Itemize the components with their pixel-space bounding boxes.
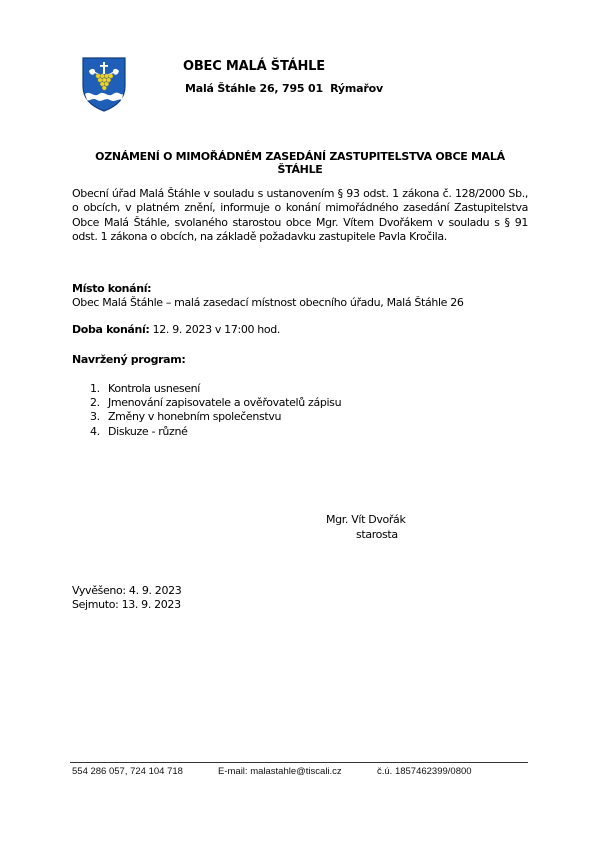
footer-email: E-mail: malastahle@tiscali.cz: [218, 766, 342, 777]
document-title: OZNÁMENÍ O MIMOŘÁDNÉM ZASEDÁNÍ ZASTUPITE…: [72, 150, 528, 176]
list-item-text: Jmenování zapisovatele a ověřovatelů záp…: [108, 396, 341, 410]
posted-date: Vyvěšeno: 4. 9. 2023: [72, 584, 181, 597]
signatory-role: starosta: [356, 528, 398, 541]
list-item-number: 4.: [90, 425, 108, 439]
meeting-place-label: Místo konání:: [72, 282, 528, 296]
list-item-number: 1.: [90, 382, 108, 396]
list-item-text: Diskuze - různé: [108, 425, 188, 439]
removed-date: Sejmuto: 13. 9. 2023: [72, 598, 181, 611]
meeting-time-label: Doba konání:: [72, 323, 149, 336]
document-page: OBEC MALÁ ŠTÁHLE Malá Štáhle 26, 795 01 …: [0, 0, 600, 848]
list-item: 4. Diskuze - různé: [72, 425, 341, 439]
organization-address: Malá Štáhle 26, 795 01 Rýmařov: [185, 82, 383, 95]
program-heading: Navržený program:: [72, 353, 185, 367]
list-item: 3. Změny v honebním společenstvu: [72, 410, 341, 424]
list-item-text: Kontrola usnesení: [108, 382, 200, 396]
footer-phone: 554 286 057, 724 104 718: [72, 766, 183, 777]
signatory-name: Mgr. Vít Dvořák: [326, 513, 405, 526]
footer-divider: [70, 762, 528, 763]
footer-bank-account: č.ú. 1857462399/0800: [377, 766, 472, 777]
intro-paragraph: Obecní úřad Malá Štáhle v souladu s usta…: [72, 187, 528, 245]
list-item: 2. Jmenování zapisovatele a ověřovatelů …: [72, 396, 341, 410]
meeting-place-value: Obec Malá Štáhle – malá zasedací místnos…: [72, 296, 528, 310]
meeting-time-value: 12. 9. 2023 v 17:00 hod.: [149, 323, 280, 336]
organization-name: OBEC MALÁ ŠTÁHLE: [183, 59, 325, 74]
list-item: 1. Kontrola usnesení: [72, 382, 341, 396]
list-item-number: 3.: [90, 410, 108, 424]
list-item-text: Změny v honebním společenstvu: [108, 410, 281, 424]
list-item-number: 2.: [90, 396, 108, 410]
program-list: 1. Kontrola usnesení 2. Jmenování zapiso…: [72, 382, 341, 439]
meeting-time: Doba konání: 12. 9. 2023 v 17:00 hod.: [72, 323, 528, 337]
municipal-coat-of-arms-icon: [81, 56, 127, 112]
meeting-place: Místo konání: Obec Malá Štáhle – malá za…: [72, 282, 528, 311]
